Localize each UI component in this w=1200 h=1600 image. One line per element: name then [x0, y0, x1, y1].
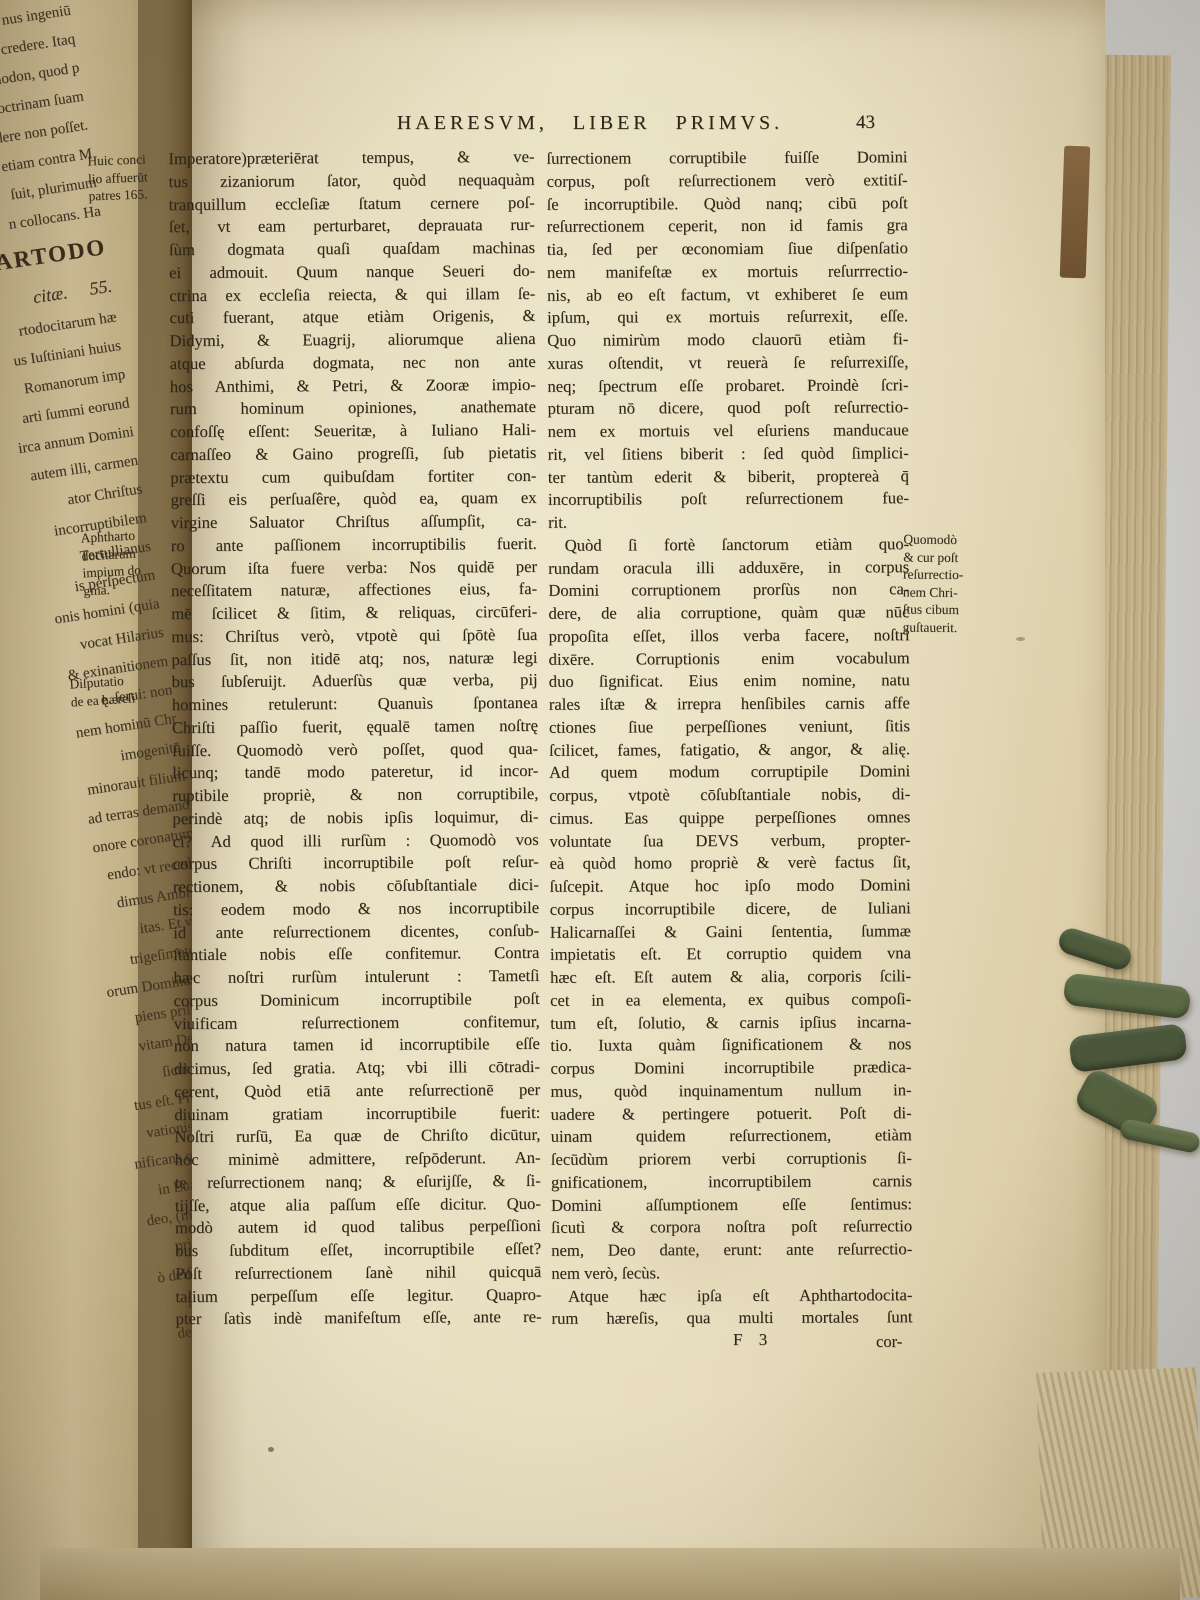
text-line: Domini corruptionem prorſùs non ca-	[548, 578, 909, 602]
text-line: paſſus ſit, non itidē atq; nos, naturæ l…	[171, 646, 537, 671]
text-line: tum eſt, ſolutio, & carnis ipſius incarn…	[550, 1011, 911, 1035]
text-line: Atque hæc ipſa eſt Aphthartodocita-	[551, 1284, 912, 1308]
text-line: nem, Deo dante, erunt: ante reſurrectio-	[551, 1238, 912, 1262]
brown-ribbon	[1060, 146, 1091, 279]
text-line: ſurrectionem corruptibile fuiſſe Domini	[546, 146, 907, 170]
previous-page-curl: NIVVnus ingeniūcredere. Itaqhodon, quod …	[0, 0, 192, 1600]
page-bottom-edge	[40, 1548, 1180, 1600]
text-line: tijſſe, atque alia paſſum eſſe dicitur. …	[175, 1192, 541, 1217]
text-line: propoſita eſſet, illos verba facere, noſ…	[549, 624, 910, 648]
text-line: ſtus cibum	[903, 601, 1005, 619]
text-line: viuificam reſurrectionem confitemur,	[174, 1010, 540, 1035]
text-line: reſurrectionem ceperit, non id famis gra	[547, 214, 908, 238]
text-line: hos Anthimi, & Petri, & Zooræ impio-	[170, 373, 536, 398]
text-line: ſtantiale nobis eſſe confitemur. Contra	[173, 942, 539, 967]
text-line: carnaſſeo & Gaino progreſſi, ſub pietati…	[170, 442, 536, 467]
text-line: perindè atq; de nobis ipſis loquimur, di…	[172, 806, 538, 831]
text-line: cimus. Eas quippe perpeſſiones omnes	[549, 806, 910, 830]
text-line: ro ante paſſionem incorruptibilis fuerit…	[171, 533, 537, 558]
text-line: cerent, Quòd etiā ante reſurrectionē per	[174, 1079, 540, 1104]
text-line: nis, ab eo eſt factum, vt exhiberet ſe e…	[547, 283, 908, 307]
text-line: ſecūdùm priorem verbi corruptionis ſi-	[551, 1147, 912, 1171]
text-line: bus ſubditum eſſet, incorruptibile eſſet…	[175, 1238, 541, 1263]
text-line: pturam nō dicere, quod poſt reſurrectio-	[548, 396, 909, 420]
catchword: cor-	[876, 1332, 902, 1352]
text-line: rit.	[548, 510, 909, 534]
text-line: ruptibile propriè, & non corruptibile,	[172, 783, 538, 808]
text-line: impietatis eſt. Et corruptio quidem vna	[550, 942, 911, 966]
text-line: corpus, poſt reſurrectionem verò extitiſ…	[547, 169, 908, 193]
text-line: xuras oſtendit, vt reuerà ſe reſurrexiſſ…	[547, 351, 908, 375]
text-line: Quo nimirùm modo clauorū etiàm fi-	[547, 328, 908, 352]
text-line: Imperatore)præteriērat tempus, & ve-	[168, 146, 534, 171]
margin-note-disputatio: Diſputatiode ea hæreſi	[69, 668, 175, 710]
text-line: Didymi, & Euagrij, aliorumque aliena	[170, 328, 536, 353]
margin-note-christ-ate-after-resurrection: Quomodò& cur poſtreſurrectio-nem Chri-ſt…	[903, 531, 1006, 637]
text-line: non natura tamen id incorruptibile eſſe	[174, 1033, 540, 1058]
text-line: corpus Domini incorruptibile prædica-	[550, 1056, 911, 1080]
text-line: eà quòd homo propriè & verè factus ſit,	[549, 851, 910, 875]
text-line: tus zizaniorum ſator, quòd nequaquàm	[169, 169, 535, 194]
text-line: diuinam gratiam incorruptibile fuerit:	[174, 1101, 540, 1126]
margin-note-council-fathers: Huic concilio affuerūtpatres 165.	[87, 150, 173, 205]
text-line: guſtauerit.	[903, 618, 1005, 636]
running-header: HAERESVM, LIBER PRIMVS.	[300, 112, 880, 135]
text-line: dere, de alia corruptione, quàm quæ nūc	[548, 601, 909, 625]
text-line: reſurrectio-	[903, 566, 1005, 584]
book-photograph: NIVVnus ingeniūcredere. Itaqhodon, quod …	[0, 0, 1200, 1600]
text-line: pter ſatìs indè manifeſtum eſſe, ante re…	[175, 1306, 541, 1331]
text-line: neq; ſpectrum eſſe probaret. Proindè ſcr…	[547, 374, 908, 398]
signature-mark: F 3	[733, 1330, 773, 1350]
text-line: rum hæreſis, qua multi mortales ſunt	[551, 1306, 912, 1330]
text-line: ei admouit. Quum nanque Seueri do-	[169, 260, 535, 285]
text-line: Halicarnaſſei & Gaini ſententia, ſummæ	[550, 920, 911, 944]
text-line: Quomodò	[903, 531, 1005, 549]
text-line: ſicutì & corpora noſtra poſt reſurrectio	[551, 1215, 912, 1239]
text-line: nem manifeſtæ ex mortuis reſurrrectio-	[547, 260, 908, 284]
text-line: ſcilicet, fames, fatigatio, & angor, & a…	[549, 738, 910, 762]
text-line: cuti fuerant, atque etiàm Origenis, &	[169, 305, 535, 330]
text-line: virgine Saluator Chriſtus aſſumpſit, ca-	[171, 510, 537, 535]
text-line: tranquillum eccleſiæ ſtatum cernere poſ-	[169, 191, 535, 216]
text-line: Quorum iſta fuere verba: Nos quidē per	[171, 555, 537, 580]
text-line: Ad quem modum corruptipile Domini	[549, 760, 910, 784]
text-line: dicimus, ſed gratia. Atq; vbi illi cōtra…	[174, 1056, 540, 1081]
text-line: tia, ſed per œconomiam ſiue diſpenſatio	[547, 237, 908, 261]
text-line: corpus Chriſti incorruptibile poſt reſur…	[173, 851, 539, 876]
text-line: cet in ea elementa, ex quibus compoſi-	[550, 988, 911, 1012]
text-line: ctiones ſiue perpeſſiones veniunt, ſitis	[549, 715, 910, 739]
text-line: corpus, vtpotè cōſubſtantiale nobis, di-	[549, 783, 910, 807]
text-line: voluntate ſua DEVS verbum, propter-	[549, 829, 910, 853]
text-line: uadere & pertingere potuerit. Poſt di-	[551, 1102, 912, 1126]
text-line: nem Chri-	[903, 583, 1005, 601]
margin-note-aphthartodocitae-dogma: Aphthartodocitarumimpium dogma.	[80, 525, 176, 600]
text-line: & cur poſt	[903, 548, 1005, 566]
text-line: homines retulerunt: Quanuìs ſpontanea	[172, 692, 538, 717]
text-line: hoc minimè admittere, reſpōderunt. An-	[175, 1147, 541, 1172]
text-line: hæc noſtri rurſùm intulerunt : Tametſi	[173, 965, 539, 990]
text-column-left: Imperatore)præteriērat tempus, & ve-tus …	[168, 146, 541, 1331]
text-line: rundam oracula illi adduxēre, in corpus	[548, 556, 909, 580]
text-line: greſſi eis perſuaſêre, quòd ea, quam ex	[170, 487, 536, 512]
text-line: ter tantùm ederit & biberit, proptereà q…	[548, 465, 909, 489]
text-line: Chriſti paſſio fuerit, ęqualē tamen noſt…	[172, 715, 538, 740]
text-line: bus ſubſeruijt. Aduerſùs quæ verba, pij	[172, 669, 538, 694]
text-line: mus: Chriſtus verò, vtpotè qui ſpōtè ſua	[171, 624, 537, 649]
text-line: te reſurrectionem nanq; & eſurijſſe, & ſ…	[175, 1170, 541, 1195]
text-line: ſet, vt eam perturbaret, deprauata rur-	[169, 214, 535, 239]
text-line: tis: eodem modo & nos incorruptibile	[173, 897, 539, 922]
text-line: atque abſurda dogmata, nec non ante	[170, 351, 536, 376]
text-line: gnificationem, incorruptibilem carnis	[551, 1170, 912, 1194]
text-line: duo ſignificat. Eius enim nomine, natu	[549, 669, 910, 693]
text-line: rales iſtæ & irrepra henſibiles carnis a…	[549, 692, 910, 716]
text-line: ſùm dogmata quaſi quaſdam machinas	[169, 237, 535, 262]
text-line: ctrina ex eccleſia reiecta, & qui illam …	[169, 282, 535, 307]
text-line: mē ſcilicet & ſitim, & reliquas, circūfe…	[171, 601, 537, 626]
text-line: prætextu cum quibuſdam fortiter con-	[170, 464, 536, 489]
text-line: modò autem id quod talibus perpeſſioni	[175, 1215, 541, 1240]
text-line: corpus Dominicum incorruptibile poſt	[174, 988, 540, 1013]
text-line: patres 165.	[88, 185, 173, 205]
text-line: uinam quidem reſurrectionem, etiàm	[551, 1124, 912, 1148]
text-line: tio. Iuxta quàm ſignificationem & nos	[550, 1033, 911, 1057]
previous-page-text: NIVVnus ingeniūcredere. Itaqhodon, quod …	[0, 0, 192, 1454]
text-line: nem ex mortuis vel eſuriens manducaue	[548, 419, 909, 443]
text-line: talium perpeſſum eſſe legitur. Quapro-	[175, 1283, 541, 1308]
text-line: Domini aſſumptionem eſſe ſentimus:	[551, 1193, 912, 1217]
text-line: ipſum, qui ex mortuis reſurrexit, eſſe.	[547, 305, 908, 329]
text-line: hæc eſt. Eſt autem & alia, corporis ſcil…	[550, 965, 911, 989]
text-line: mus, quòd inquinamentum nullum in-	[550, 1079, 911, 1103]
text-line: rit, vel ſitiens biberit : ſed quòd ſimp…	[548, 442, 909, 466]
text-line: corpus incorruptibile dicere, de Iuliani	[550, 897, 911, 921]
text-line: ſuſcepit. Atque hoc ipſo modo Domini	[550, 874, 911, 898]
text-line: confoſſę eſſent: Seueritæ, à Iuliano Hal…	[170, 419, 536, 444]
text-line: ſe incorruptibile. Quòd nanq; cibū poſt	[547, 192, 908, 216]
text-line: rectionem, & nobis cōſubſtantiale dici-	[173, 874, 539, 899]
text-line: Quòd ſi fortè ſanctorum etiàm quo-	[548, 533, 909, 557]
text-line: dixēre. Corruptionis enim vocabulum	[549, 647, 910, 671]
text-line: ci? Ad quod illi rurſùm : Quomodò vos	[173, 828, 539, 853]
text-column-right: ſurrectionem corruptibile fuiſſe Dominic…	[546, 146, 912, 1331]
text-line: incorruptibilis poſt reſurrectionem fue-	[548, 487, 909, 511]
text-line: Poſt reſurrectionem ſanè nihil quicquā	[175, 1261, 541, 1286]
text-line: nem verò, ſecùs.	[551, 1261, 912, 1285]
text-line: fuiſſe. Quomodò verò poſſet, quod qua-	[172, 737, 538, 762]
text-line: id ante reſurrectionem dicentes, conſub-	[173, 919, 539, 944]
text-line: rum hominum opiniones, anathemate	[170, 396, 536, 421]
text-line: licunq; tandē modo pateretur, id incor-	[172, 760, 538, 785]
page-number: 43	[856, 112, 875, 134]
text-line: Noſtri rurſū, Ea quæ de Chriſto dicūtur,	[174, 1124, 540, 1149]
text-line: neceſſitatem naturæ, affectiones eius, f…	[171, 578, 537, 603]
